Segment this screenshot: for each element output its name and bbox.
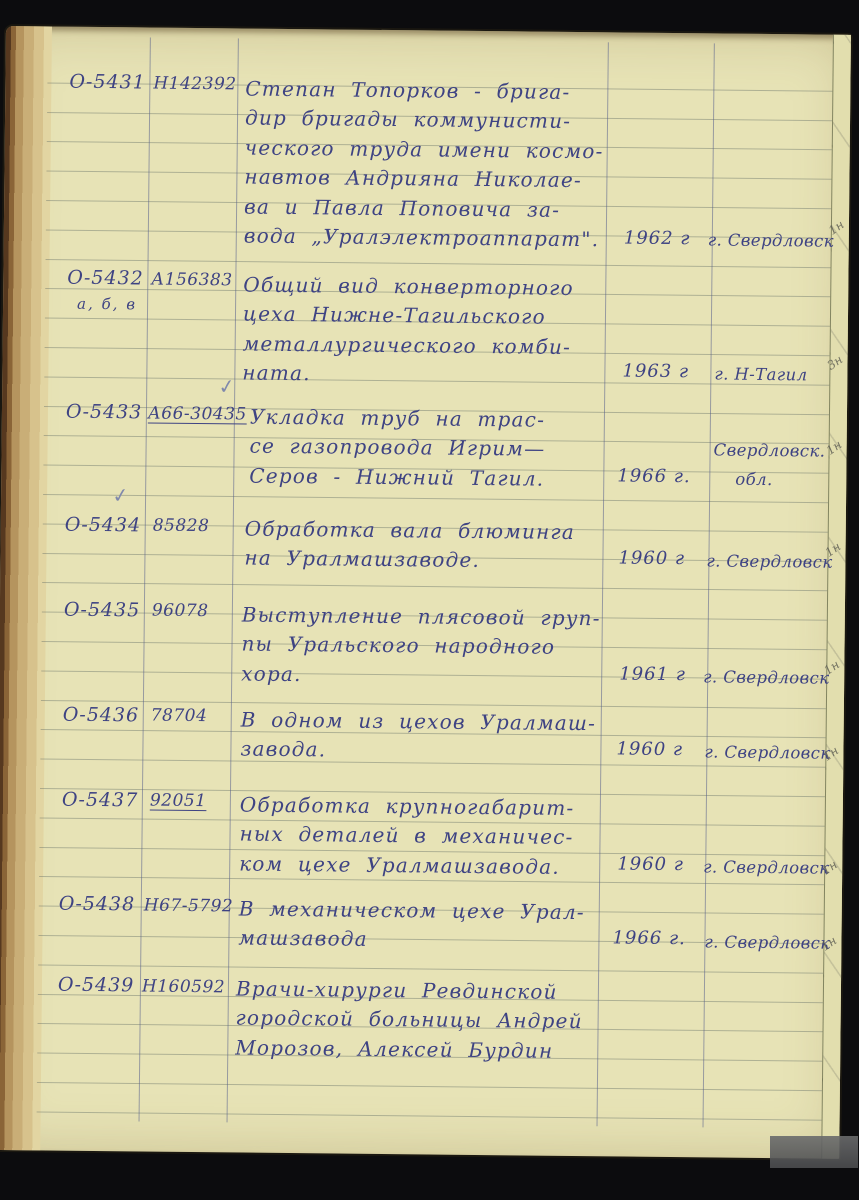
entry-year: 1960 г [616,738,683,760]
entry-description: Обработка вала блюминга на Уралмашзаводе… [244,515,575,577]
description-line: навтов Андрияна Николае- [244,163,603,196]
entry-description: В одном из цехов Уралмаш- завода. [240,705,596,768]
entry-description: Укладка труб на трас- се газопровода Игр… [249,403,546,494]
negative-number: Н142392 [153,74,236,95]
entry-description: Степан Топорков - брига- дир бригады ком… [244,75,605,255]
entry-year: 1961 г [619,663,686,685]
place-line: обл. [713,465,825,496]
description-line: городской больницы Андрей [235,1004,582,1037]
description-line: дир бригады коммунисти- [245,104,604,137]
entry-place: г. Свердловск [703,662,829,693]
entry-description: В механическом цехе Урал- машзавода [238,894,585,956]
place-line: Свердловск. [713,435,825,466]
description-line: В одном из цехов Уралмаш- [241,705,597,738]
record-number: О-5432 [67,267,144,290]
entry-year: 1962 г [624,227,691,249]
description-line: Выступление плясовой груп- [242,601,601,634]
register-page: О-5431 Н142392 Степан Топорков - брига- … [0,26,851,1159]
negative-number: 78704 [151,706,208,727]
description-line: Общий вид конверторного [243,270,574,303]
entry-place: г. Свердловск [704,737,830,768]
record-number: О-5436 [63,704,140,727]
description-line: Врачи-хирурги Ревдинской [236,974,583,1007]
entry-description: Врачи-хирурги Ревдинской городской больн… [235,974,583,1066]
description-line: ных деталей в механичес- [239,820,574,853]
entry-place: Свердловск. обл. [713,435,825,495]
description-line: цеха Нижне-Тагильского [243,300,574,333]
record-number: О-5438 [59,893,136,916]
checkmark: ✓ [217,373,237,399]
record-number: О-5431 [69,71,146,94]
description-line: В механическом цехе Урал- [239,894,585,927]
description-line: пы Уральского народного [241,630,600,663]
description-line: на Уралмашзаводе. [244,544,574,577]
entry-place: г. Н-Тагил [714,359,807,389]
negative-number: 92051 [150,791,207,812]
description-line: Укладка труб на трас- [250,403,546,436]
description-line: Степан Топорков - брига- [245,75,604,108]
description-line: Обработка крупногабарит- [240,790,575,823]
description-line: ната. [242,359,573,392]
record-suffix: а, б, в [77,295,137,314]
description-line: хора. [241,659,600,692]
entry-description: Обработка крупногабарит- ных деталей в м… [239,790,574,882]
negative-number: А156383 [151,270,232,291]
description-line: Серов - Нижний Тагил. [249,461,545,494]
record-number: О-5437 [62,789,139,812]
description-line: ком цехе Уралмашзавода. [239,849,574,882]
checkmark: ✓ [111,482,131,508]
entry-place: г. Свердловск [706,546,832,577]
photo-backdrop: { "document_kind": "handwritten archive … [0,0,859,1200]
entry-place: г. Свердловск [704,927,830,958]
negative-number: Н67-5792 [144,895,234,916]
description-line: завода. [240,735,596,768]
entry-year: 1960 г [618,547,685,569]
entry-place: г. Свердловск [708,225,834,256]
description-line: Обработка вала блюминга [245,515,575,548]
grey-tape [770,1136,858,1168]
record-number: О-5434 [65,514,142,537]
entry-year: 1960 г [617,853,684,875]
negative-number: 85828 [153,516,210,537]
description-line: се газопровода Игрим— [249,432,545,465]
description-line: ва и Павла Поповича за- [244,192,603,225]
entry-year: 1963 г [622,360,689,382]
entry-year: 1966 г. [612,927,686,949]
description-line: вода „Уралэлектроаппарат". [244,222,603,255]
record-number: О-5433 [66,401,143,424]
entry-description: Выступление плясовой груп- пы Уральского… [241,601,601,693]
negative-number: 96078 [152,601,209,622]
entry-year: 1966 г. [617,465,691,487]
description-line: металлургического комби- [243,329,574,362]
record-number: О-5435 [64,599,141,622]
description-line: Морозов, Алексей Бурдин [235,1033,582,1066]
description-line: машзавода [238,924,584,957]
entry-place: г. Свердловск [703,852,829,883]
entry-description: Общий вид конверторного цеха Нижне-Тагил… [242,270,574,391]
record-number: О-5439 [58,974,135,997]
description-line: ческого труда имени космо- [245,133,604,166]
negative-number: Н160592 [142,976,225,997]
negative-number: А66-30435 [148,404,247,425]
